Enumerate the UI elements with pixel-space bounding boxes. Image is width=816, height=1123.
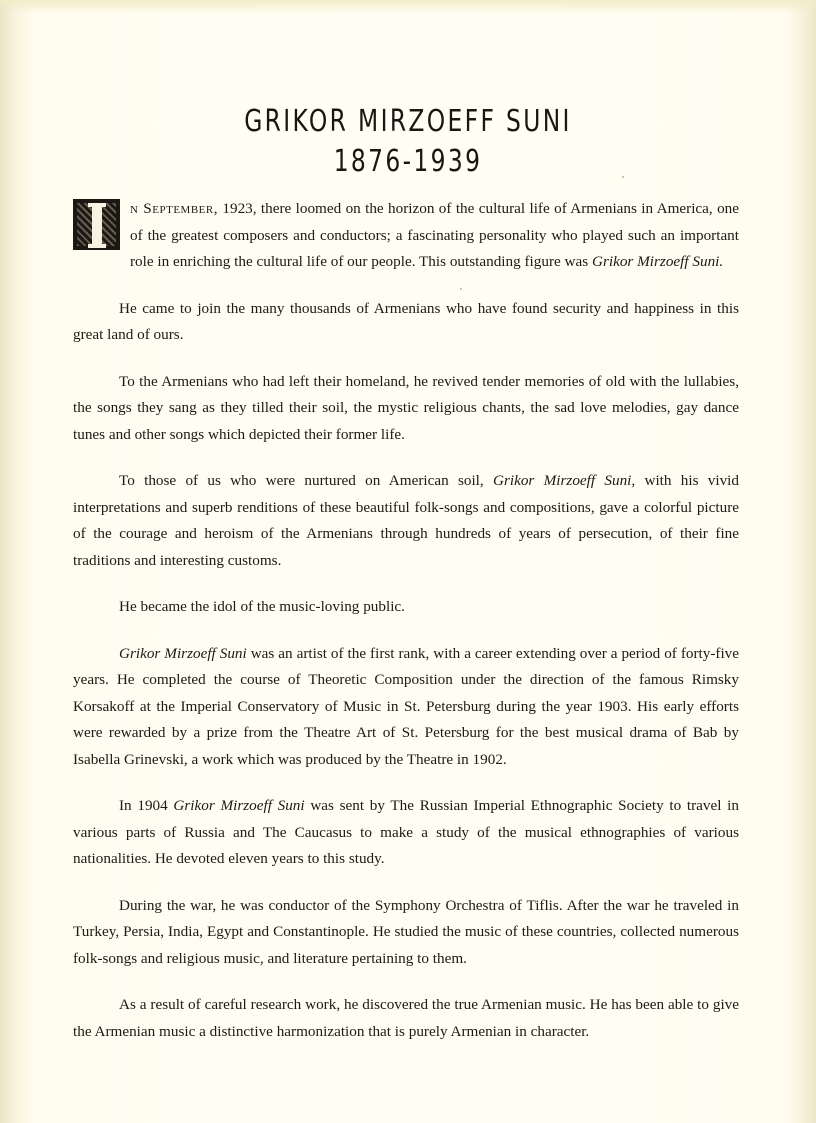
paragraph-intro: n September, 1923, there loomed on the h… (73, 196, 739, 276)
scan-speck (622, 176, 624, 178)
page-title: GRIKOR MIRZOEFF SUNI (90, 104, 726, 140)
p6-post: was an artist of the first rank, with a … (73, 645, 739, 768)
scan-speck (460, 288, 462, 290)
paragraph-4: To those of us who were nurtured on Amer… (73, 468, 739, 574)
p6-name-italic: Grikor Mirzoeff Suni (119, 645, 247, 662)
intro-smallcaps: n September, (130, 200, 218, 217)
p7-name-italic: Grikor Mirzoeff Suni (173, 797, 304, 814)
p4-pre: To those of us who were nurtured on Amer… (119, 472, 493, 489)
paragraph-2: He came to join the many thousands of Ar… (73, 296, 739, 349)
paragraph-8: During the war, he was conductor of the … (73, 893, 739, 973)
article-body: n September, 1923, there loomed on the h… (73, 196, 739, 1065)
scanned-page: GRIKOR MIRZOEFF SUNI 1876-1939 n Septemb… (0, 0, 816, 1123)
paragraph-9: As a result of careful research work, he… (73, 992, 739, 1045)
ornamental-dropcap-icon (73, 199, 120, 250)
p7-pre: In 1904 (119, 797, 173, 814)
life-dates: 1876-1939 (90, 144, 726, 180)
paragraph-5: He became the idol of the music-loving p… (73, 594, 739, 621)
p4-name-italic: Grikor Mirzoeff Suni, (493, 472, 635, 489)
subject-name-italic: Grikor Mirzoeff Suni. (592, 253, 723, 270)
paragraph-6: Grikor Mirzoeff Suni was an artist of th… (73, 641, 739, 774)
paragraph-3: To the Armenians who had left their home… (73, 369, 739, 449)
paragraph-7: In 1904 Grikor Mirzoeff Suni was sent by… (73, 793, 739, 873)
